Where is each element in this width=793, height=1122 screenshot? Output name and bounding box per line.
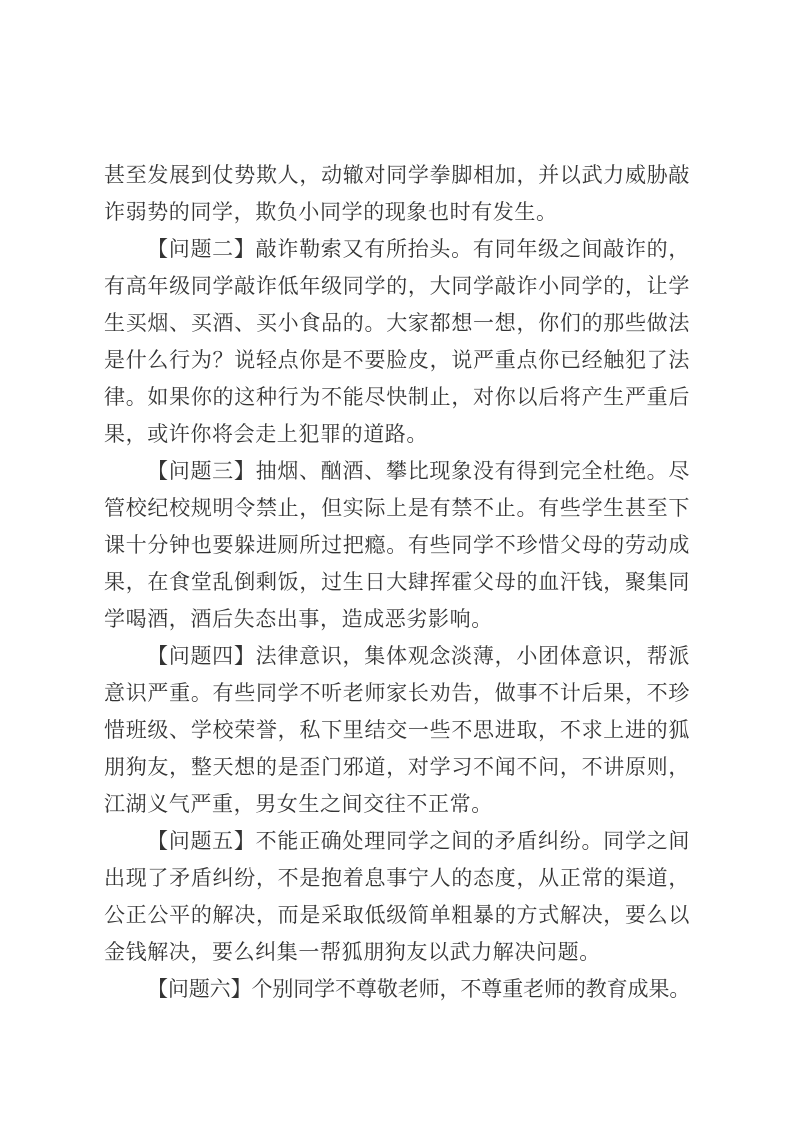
text-line: 惜班级、学校荣誉，私下里结交一些不思进取，不求上进的狐 (104, 712, 690, 749)
text-line: 江湖义气严重，男女生之间交往不正常。 (104, 786, 690, 823)
text-line: 有高年级同学敲诈低年级同学的，大同学敲诈小同学的，让学 (104, 268, 690, 305)
paragraph-problem-6: 【问题六】个别同学不尊敬老师，不尊重老师的教育成果。 (104, 971, 690, 1008)
text-line: 公正公平的解决，而是采取低级简单粗暴的方式解决，要么以 (104, 897, 690, 934)
paragraph-problem-5: 【问题五】不能正确处理同学之间的矛盾纠纷。同学之间 出现了矛盾纠纷，不是抱着息事… (104, 823, 690, 971)
paragraph-continuation: 甚至发展到仗势欺人，动辙对同学拳脚相加，并以武力威胁敲 诈弱势的同学，欺负小同学… (104, 157, 690, 231)
text-line: 果，或许你将会走上犯罪的道路。 (104, 416, 690, 453)
document-page: 甚至发展到仗势欺人，动辙对同学拳脚相加，并以武力威胁敲 诈弱势的同学，欺负小同学… (0, 0, 793, 1122)
text-line: 朋狗友，整天想的是歪门邪道，对学习不闻不问，不讲原则， (104, 749, 690, 786)
text-line: 管校纪校规明令禁止，但实际上是有禁不止。有些学生甚至下 (104, 490, 690, 527)
text-line: 律。如果你的这种行为不能尽快制止，对你以后将产生严重后 (104, 379, 690, 416)
text-line: 【问题六】个别同学不尊敬老师，不尊重老师的教育成果。 (104, 971, 690, 1008)
text-line: 是什么行为？说轻点你是不要脸皮，说严重点你已经触犯了法 (104, 342, 690, 379)
text-line: 诈弱势的同学，欺负小同学的现象也时有发生。 (104, 194, 690, 231)
text-line: 出现了矛盾纠纷，不是抱着息事宁人的态度，从正常的渠道， (104, 860, 690, 897)
text-line: 生买烟、买酒、买小食品的。大家都想一想，你们的那些做法 (104, 305, 690, 342)
text-line: 【问题三】抽烟、酗酒、攀比现象没有得到完全杜绝。尽 (104, 453, 690, 490)
text-line: 课十分钟也要躲进厕所过把瘾。有些同学不珍惜父母的劳动成 (104, 527, 690, 564)
paragraph-problem-2: 【问题二】敲诈勒索又有所抬头。有同年级之间敲诈的， 有高年级同学敲诈低年级同学的… (104, 231, 690, 453)
text-line: 【问题五】不能正确处理同学之间的矛盾纠纷。同学之间 (104, 823, 690, 860)
document-text-block: 甚至发展到仗势欺人，动辙对同学拳脚相加，并以武力威胁敲 诈弱势的同学，欺负小同学… (104, 157, 690, 1008)
paragraph-problem-4: 【问题四】法律意识，集体观念淡薄，小团体意识，帮派 意识严重。有些同学不听老师家… (104, 638, 690, 823)
text-line: 果，在食堂乱倒剩饭，过生日大肆挥霍父母的血汗钱，聚集同 (104, 564, 690, 601)
text-line: 【问题四】法律意识，集体观念淡薄，小团体意识，帮派 (104, 638, 690, 675)
text-line: 【问题二】敲诈勒索又有所抬头。有同年级之间敲诈的， (104, 231, 690, 268)
text-line: 意识严重。有些同学不听老师家长劝告，做事不计后果，不珍 (104, 675, 690, 712)
paragraph-problem-3: 【问题三】抽烟、酗酒、攀比现象没有得到完全杜绝。尽 管校纪校规明令禁止，但实际上… (104, 453, 690, 638)
text-line: 学喝酒，酒后失态出事，造成恶劣影响。 (104, 601, 690, 638)
text-line: 金钱解决，要么纠集一帮狐朋狗友以武力解决问题。 (104, 934, 690, 971)
text-line: 甚至发展到仗势欺人，动辙对同学拳脚相加，并以武力威胁敲 (104, 157, 690, 194)
